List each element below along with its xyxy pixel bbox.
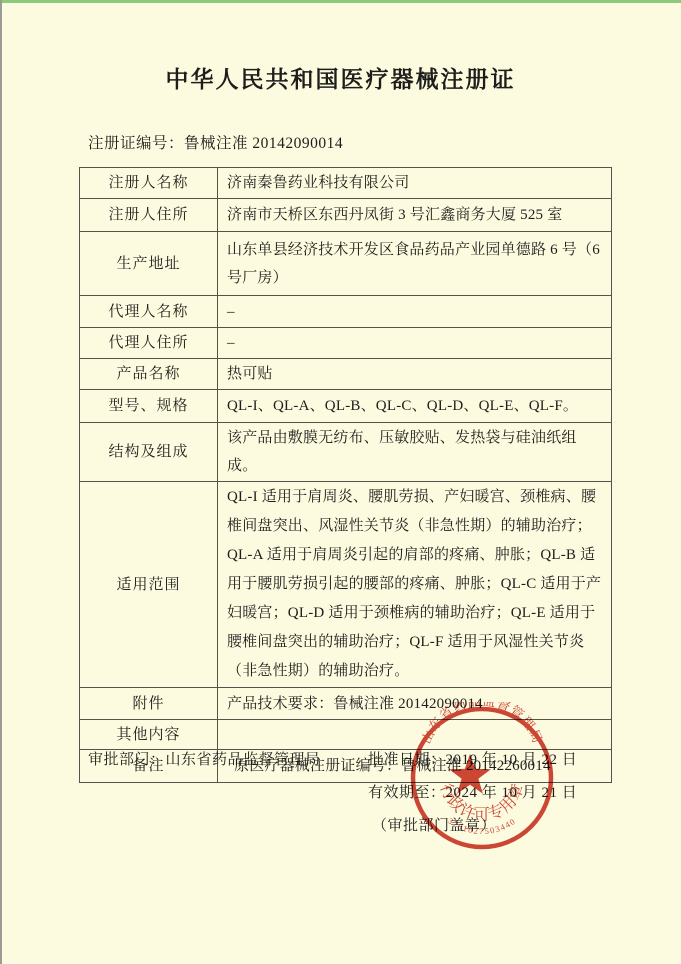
certificate-title: 中华人民共和国医疗器械注册证 xyxy=(0,61,681,94)
approval-date: 批准日期：2019 年 10 月 22 日 xyxy=(368,748,577,769)
row-value xyxy=(218,720,612,750)
table-row: 型号、规格 QL-I、QL-A、QL-B、QL-C、QL-D、QL-E、QL-F… xyxy=(80,390,612,423)
row-value: – xyxy=(218,328,612,359)
row-label: 生产地址 xyxy=(80,232,218,296)
row-value: 该产品由敷膜无纺布、压敏胶贴、发热袋与硅油纸组成。 xyxy=(218,423,612,482)
certificate-page: { "page": { "title": "中华人民共和国医疗器械注册证", "… xyxy=(0,0,681,964)
table-row: 适用范围 QL-I 适用于肩周炎、腰肌劳损、产妇暖宫、颈椎病、腰椎间盘突出、风湿… xyxy=(80,482,612,688)
certificate-table: 注册人名称 济南秦鲁药业科技有限公司 注册人住所 济南市天桥区东西丹凤街 3 号… xyxy=(79,167,612,783)
scan-edge-top xyxy=(0,0,681,3)
certificate-number: 注册证编号：鲁械注准 20142090014 xyxy=(88,131,343,153)
row-label: 适用范围 xyxy=(80,482,218,688)
approval-department: 审批部门：山东省药品监督管理局 xyxy=(88,748,321,769)
table-row: 代理人住所 – xyxy=(80,328,612,359)
row-value: 济南秦鲁药业科技有限公司 xyxy=(218,168,612,199)
row-value: QL-I、QL-A、QL-B、QL-C、QL-D、QL-E、QL-F。 xyxy=(218,390,612,423)
row-label: 代理人名称 xyxy=(80,296,218,328)
row-label: 注册人住所 xyxy=(80,199,218,232)
table-row: 附件 产品技术要求：鲁械注准 20142090014 xyxy=(80,688,612,720)
row-label: 附件 xyxy=(80,688,218,720)
table-row: 注册人名称 济南秦鲁药业科技有限公司 xyxy=(80,168,612,199)
row-label: 结构及组成 xyxy=(80,423,218,482)
row-value: 山东单县经济技术开发区食品药品产业园单德路 6 号（6 号厂房） xyxy=(218,232,612,296)
row-label: 代理人住所 xyxy=(80,328,218,359)
row-value: 济南市天桥区东西丹凤街 3 号汇鑫商务大厦 525 室 xyxy=(218,199,612,232)
stamp-note: （审批部门盖章） xyxy=(368,814,577,835)
table-row: 代理人名称 – xyxy=(80,296,612,328)
valid-until-date: 有效期至：2024 年 10 月 21 日 xyxy=(368,781,577,802)
scan-edge-left xyxy=(0,0,2,964)
row-value: 产品技术要求：鲁械注准 20142090014 xyxy=(218,688,612,720)
table-row: 其他内容 xyxy=(80,720,612,750)
row-label: 型号、规格 xyxy=(80,390,218,423)
footer-dates: 批准日期：2019 年 10 月 22 日 有效期至：2024 年 10 月 2… xyxy=(368,748,577,847)
row-value: QL-I 适用于肩周炎、腰肌劳损、产妇暖宫、颈椎病、腰椎间盘突出、风湿性关节炎（… xyxy=(218,482,612,688)
row-value: 热可贴 xyxy=(218,359,612,390)
row-value: – xyxy=(218,296,612,328)
table-row: 产品名称 热可贴 xyxy=(80,359,612,390)
row-label: 产品名称 xyxy=(80,359,218,390)
row-label: 其他内容 xyxy=(80,720,218,750)
table-row: 结构及组成 该产品由敷膜无纺布、压敏胶贴、发热袋与硅油纸组成。 xyxy=(80,423,612,482)
table-row: 注册人住所 济南市天桥区东西丹凤街 3 号汇鑫商务大厦 525 室 xyxy=(80,199,612,232)
table-row: 生产地址 山东单县经济技术开发区食品药品产业园单德路 6 号（6 号厂房） xyxy=(80,232,612,296)
row-label: 注册人名称 xyxy=(80,168,218,199)
